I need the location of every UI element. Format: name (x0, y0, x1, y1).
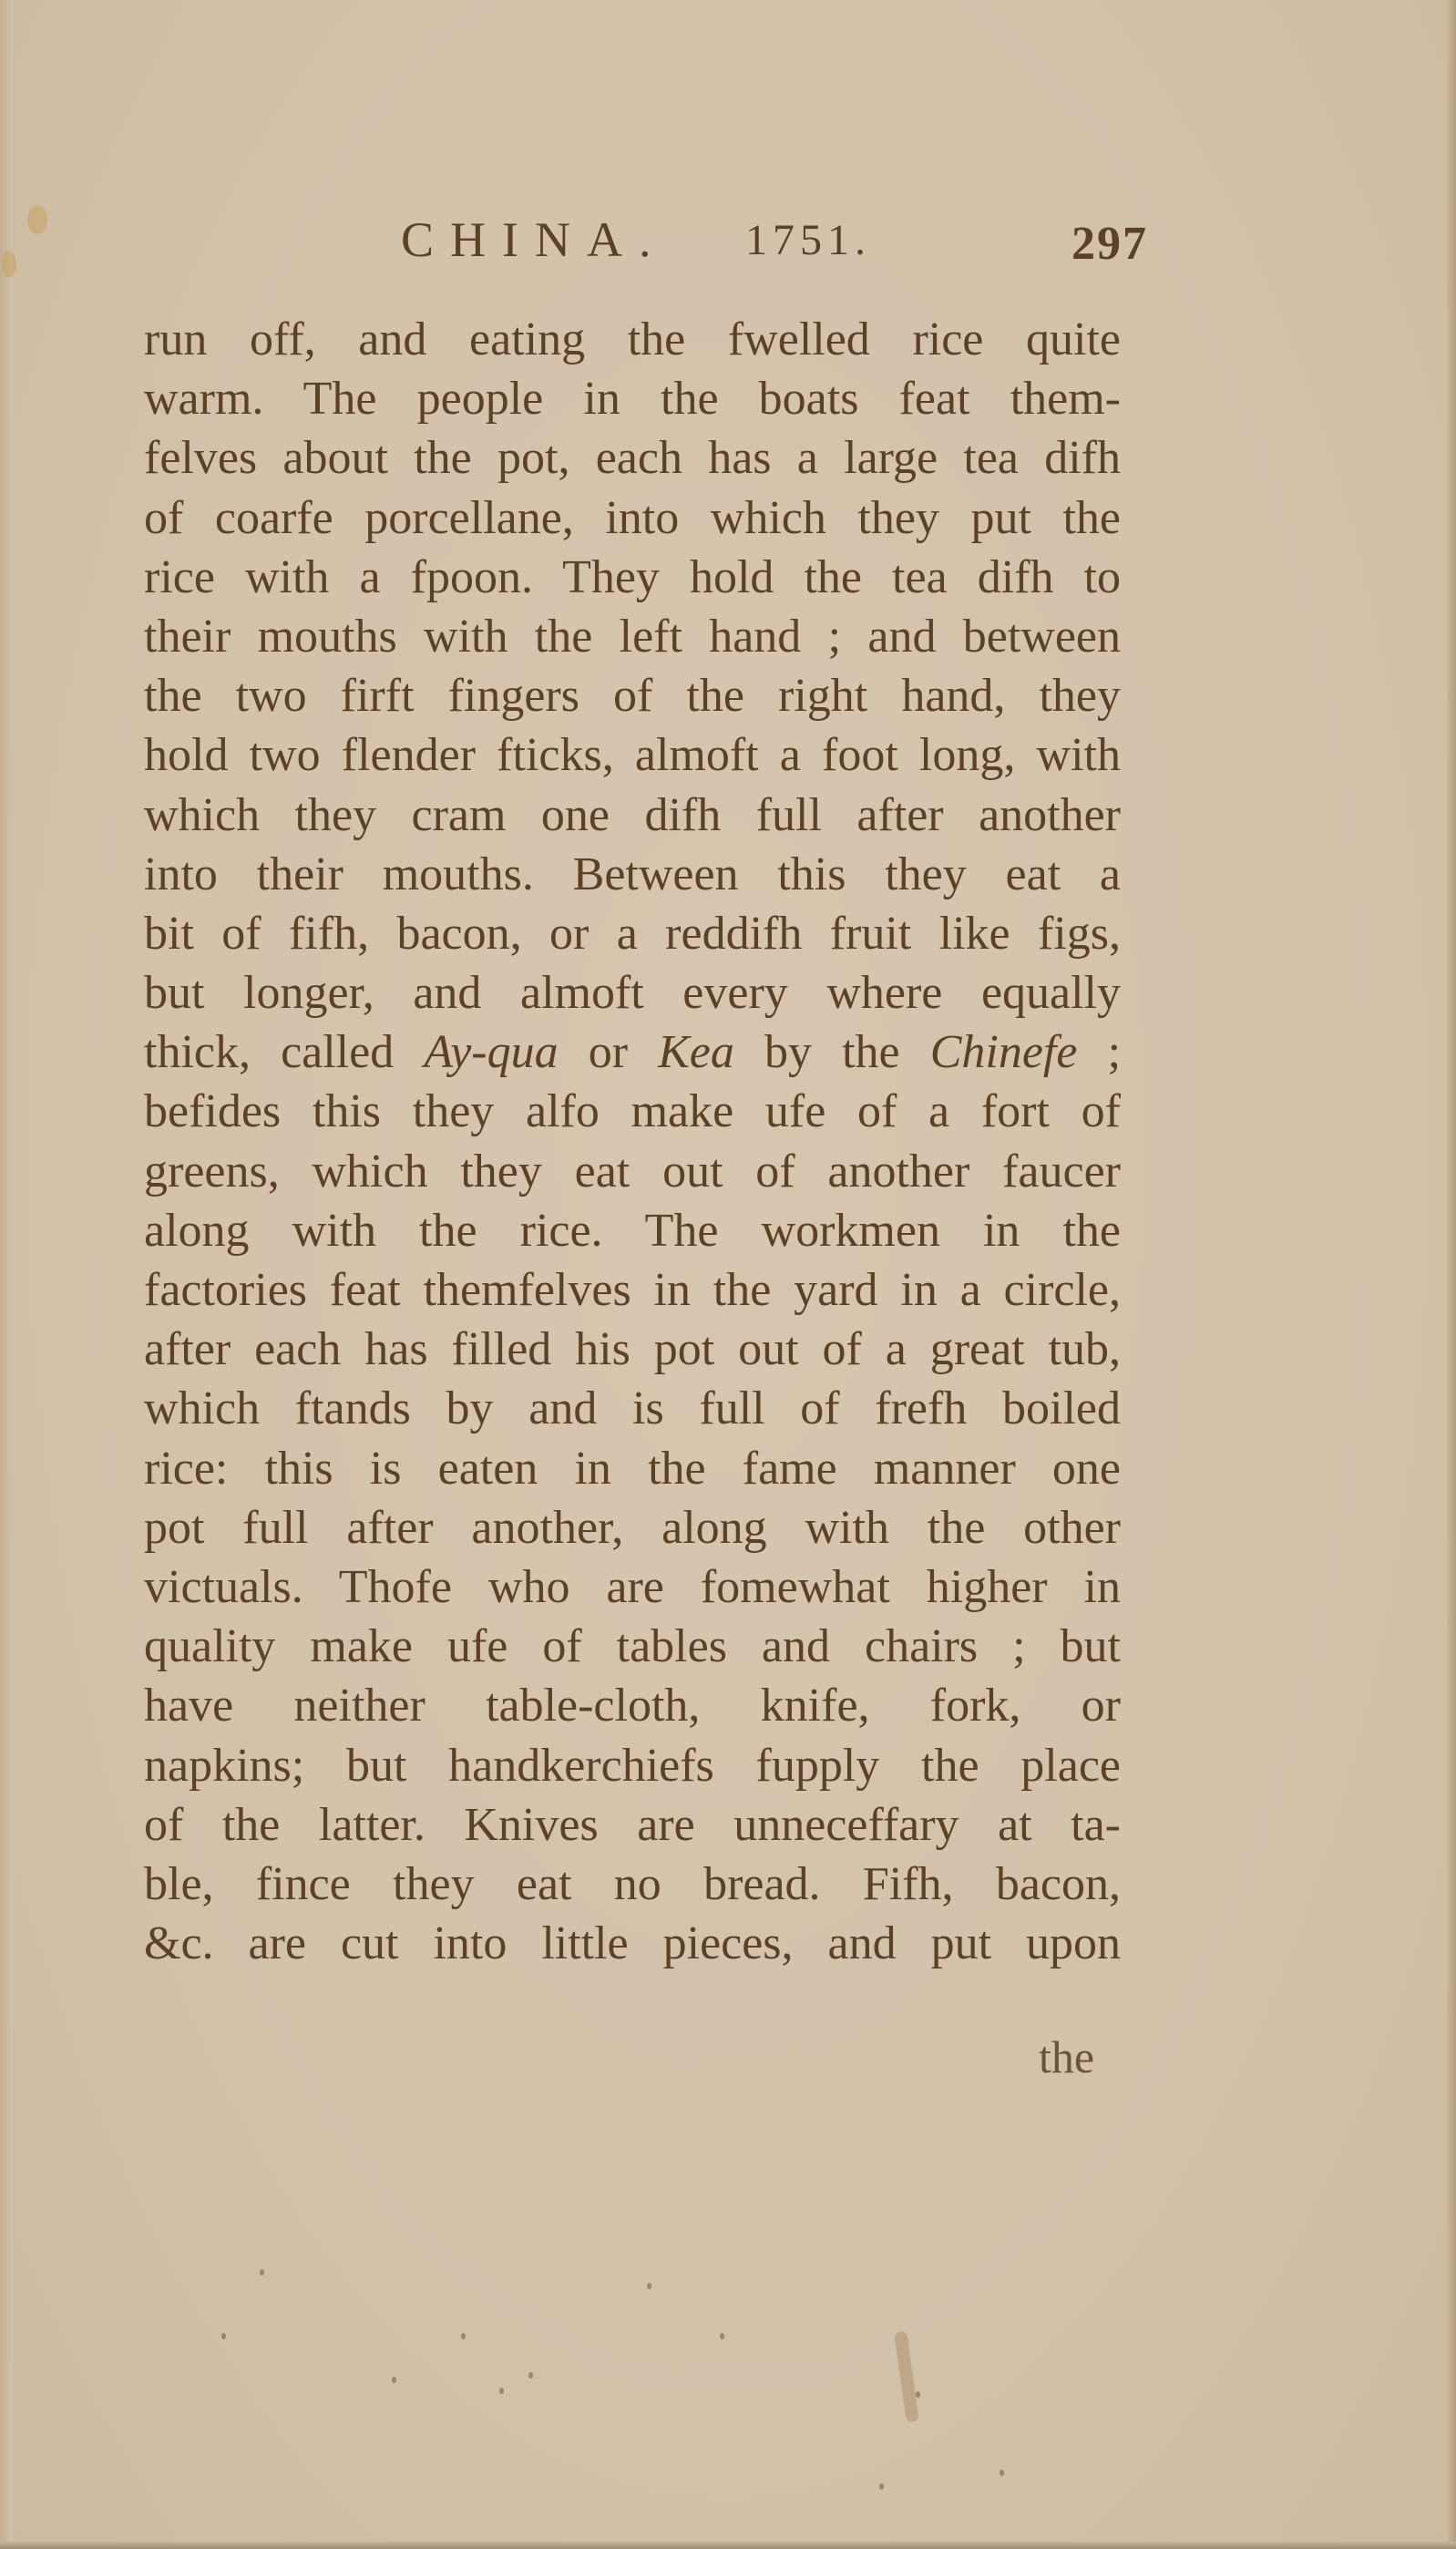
text-line: pot full after another, along with the o… (144, 1498, 1121, 1557)
text-line-with-italics: thick, called Ay-qua or Kea by the Chine… (144, 1023, 1121, 1082)
text-line: victuals. Thofe who are fomewhat higher … (144, 1557, 1121, 1617)
paper-speck (528, 2372, 533, 2379)
foxing-stain (27, 205, 47, 234)
paper-speck (720, 2333, 724, 2339)
text-line: after each has filled his pot out of a g… (144, 1320, 1121, 1379)
text-line: their mouths with the left hand ; and be… (144, 607, 1121, 666)
italic-term: Kea (658, 1026, 734, 1078)
paper-speck (392, 2377, 396, 2383)
text-line: greens, which they eat out of another fa… (144, 1142, 1121, 1201)
paper-speck (916, 2391, 920, 2398)
italic-term: Ay-qua (424, 1026, 558, 1078)
text-run: thick, called (144, 1026, 424, 1078)
text-line: rice: this is eaten in the fame manner o… (144, 1439, 1121, 1498)
paper-speck (260, 2269, 264, 2276)
text-run: or (559, 1026, 659, 1078)
text-line: of the latter. Knives are unneceffary at… (144, 1795, 1121, 1855)
body-text: run off, and eating the fwelled rice qui… (144, 310, 1121, 1973)
paper-speck (499, 2388, 504, 2394)
text-line: rice with a fpoon. They hold the tea dif… (144, 548, 1121, 607)
text-line: &c. are cut into little pieces, and put … (144, 1914, 1121, 1973)
page-right-edge (1447, 0, 1456, 2549)
book-page: CHINA. 1751. 297 run off, and eating the… (0, 0, 1456, 2549)
text-line: warm. The people in the boats feat them- (144, 369, 1121, 428)
text-line: ble, fince they eat no bread. Fifh, baco… (144, 1855, 1121, 1914)
page-left-edge (0, 0, 13, 2549)
text-run: ; (1077, 1026, 1121, 1078)
paper-speck (879, 2483, 884, 2490)
text-line: befides this they alfo make ufe of a for… (144, 1082, 1121, 1141)
text-line: of coarfe porcellane, into which they pu… (144, 488, 1121, 548)
text-line: bit of fifh, bacon, or a reddifh fruit l… (144, 904, 1121, 963)
text-line: have neither table-cloth, knife, fork, o… (144, 1676, 1121, 1735)
running-year: 1751. (745, 215, 871, 265)
text-line: which ftands by and is full of frefh boi… (144, 1379, 1121, 1438)
catchword: the (1039, 2030, 1094, 2083)
text-run: by the (734, 1026, 930, 1078)
text-line: napkins; but handkerchiefs fupply the pl… (144, 1736, 1121, 1795)
foxing-stain (2, 251, 16, 278)
text-line: hold two flender fticks, almoft a foot l… (144, 725, 1121, 785)
text-line: quality make ufe of tables and chairs ; … (144, 1617, 1121, 1676)
paper-speck (647, 2283, 651, 2289)
page-number: 297 (1071, 217, 1148, 271)
page-bottom-edge (0, 2542, 1456, 2549)
text-line: into their mouths. Between this they eat… (144, 845, 1121, 904)
text-line: factories feat themfelves in the yard in… (144, 1260, 1121, 1320)
page-header: CHINA. 1751. 297 (401, 211, 1148, 275)
paper-speck (461, 2333, 466, 2339)
text-line: which they cram one difh full after anot… (144, 786, 1121, 845)
running-title: CHINA. (401, 211, 668, 268)
text-line: along with the rice. The workmen in the (144, 1201, 1121, 1260)
paper-speck (1000, 2470, 1004, 2476)
italic-term: Chinefe (930, 1026, 1078, 1078)
paper-speck (221, 2333, 226, 2339)
text-line: felves about the pot, each has a large t… (144, 428, 1121, 488)
text-line: but longer, and almoft every where equal… (144, 963, 1121, 1023)
paper-flaw (894, 2331, 919, 2423)
text-line: run off, and eating the fwelled rice qui… (144, 310, 1121, 369)
text-line: the two firft fingers of the right hand,… (144, 666, 1121, 725)
